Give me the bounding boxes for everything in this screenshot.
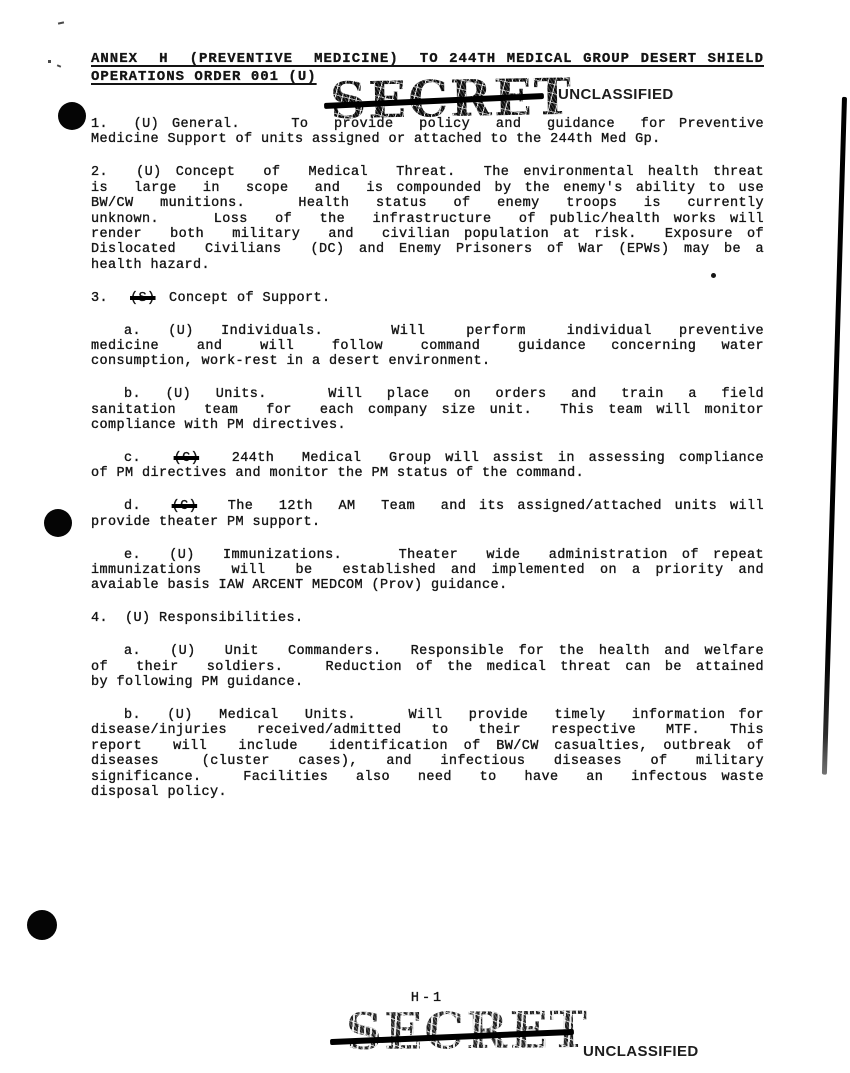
text-line: compliance with PM directives. [91, 418, 764, 433]
unclassified-label-top: UNCLASSIFIED [558, 86, 674, 103]
scan-speck [48, 60, 51, 63]
text-line: disease/injuries received/admitted to th… [91, 723, 764, 738]
text-line: provide theater PM support. [91, 515, 764, 530]
unclassified-label-bottom: UNCLASSIFIED [583, 1043, 699, 1060]
text-line: a. (U) Unit Commanders. Responsible for … [91, 644, 764, 659]
text-line: immunizations will be established and im… [91, 563, 764, 578]
text-line: is large in scope and is compounded by t… [91, 181, 764, 196]
text-line: e. (U) Immunizations. Theater wide admin… [91, 548, 764, 563]
scan-edge-artifact-line [822, 97, 847, 775]
scan-speck [58, 21, 64, 24]
hole-punch-mark [44, 509, 72, 537]
text-line: b. (U) Medical Units. Will provide timel… [91, 708, 764, 723]
text-line: render both military and civilian popula… [91, 227, 764, 242]
text-line: of their soldiers. Reduction of the medi… [91, 660, 764, 675]
paragraph: b. (U) Medical Units. Will provide timel… [91, 708, 764, 800]
text-line: diseases (cluster cases), and infectious… [91, 754, 764, 769]
text-line: disposal policy. [91, 785, 764, 800]
text-line: avaiable basis IAW ARCENT MEDCOM (Prov) … [91, 578, 764, 593]
secret-stamp-top: SECRET [330, 74, 570, 126]
text-line: of PM directives and monitor the PM stat… [91, 466, 764, 481]
paragraph: a. (U) Unit Commanders. Responsible for … [91, 644, 764, 690]
paragraph: e. (U) Immunizations. Theater wide admin… [91, 548, 764, 594]
document-body: 1. (U) General. To provide policy and gu… [91, 117, 764, 800]
text-line: 4. (U) Responsibilities. [91, 611, 764, 626]
text-line: health hazard. [91, 258, 764, 273]
text-line: consumption, work-rest in a desert envir… [91, 354, 764, 369]
paragraph: c. (C) 244th Medical Group will assist i… [91, 451, 764, 482]
paragraph: 2. (U) Concept of Medical Threat. The en… [91, 165, 764, 273]
redacted-classification-mark: (C) [167, 451, 207, 466]
text-line: d. (C) The 12th AM Team and its assigned… [91, 499, 764, 514]
paragraph: a. (U) Individuals. Will perform individ… [91, 324, 764, 370]
paragraph: b. (U) Units. Will place on orders and t… [91, 387, 764, 433]
title-line-1: ANNEX H (PREVENTIVE MEDICINE) TO 244TH M… [91, 50, 764, 68]
hole-punch-mark [27, 910, 57, 940]
text-line: Dislocated Civilians (DC) and Enemy Pris… [91, 242, 764, 257]
text-line: 3. (S) Concept of Support. [91, 291, 764, 306]
text-line: a. (U) Individuals. Will perform individ… [91, 324, 764, 339]
text-line: report will include identification of BW… [91, 739, 764, 754]
paragraph: 3. (S) Concept of Support. [91, 291, 764, 306]
document-page: ANNEX H (PREVENTIVE MEDICINE) TO 244TH M… [91, 50, 764, 800]
scan-speck [57, 64, 61, 67]
text-line: 2. (U) Concept of Medical Threat. The en… [91, 165, 764, 180]
paragraph: 4. (U) Responsibilities. [91, 611, 764, 626]
secret-stamp-bottom: SECRET [346, 1006, 586, 1058]
text-line: c. (C) 244th Medical Group will assist i… [91, 451, 764, 466]
text-line: significance. Facilities also need to ha… [91, 770, 764, 785]
text-line: BW/CW munitions. Health status of enemy … [91, 196, 764, 211]
hole-punch-mark [58, 102, 86, 130]
redacted-classification-mark: (C) [165, 499, 205, 514]
text-line: sanitation team for each company size un… [91, 403, 764, 418]
text-line: Medicine Support of units assigned or at… [91, 132, 764, 147]
text-line: b. (U) Units. Will place on orders and t… [91, 387, 764, 402]
redacted-classification-mark: (S) [123, 291, 163, 306]
paragraph: d. (C) The 12th AM Team and its assigned… [91, 499, 764, 530]
text-line: by following PM guidance. [91, 675, 764, 690]
text-line: unknown. Loss of the infrastructure of p… [91, 212, 764, 227]
text-line: medicine and will follow command guidanc… [91, 339, 764, 354]
